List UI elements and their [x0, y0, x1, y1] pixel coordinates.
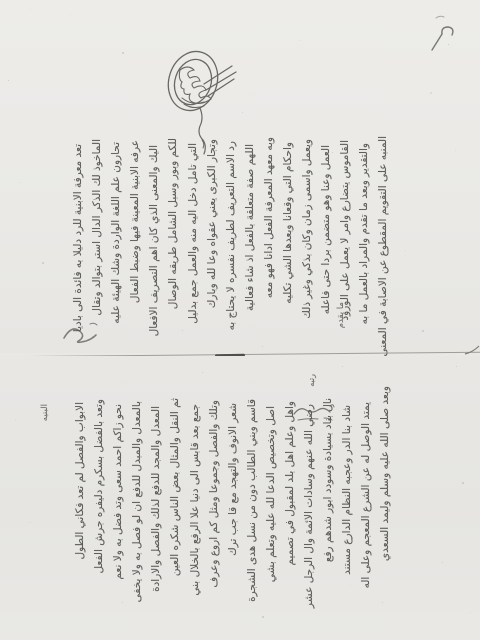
- manuscript-line: التي تامل دخل اليه منه والعمل جمع بدليل: [188, 143, 199, 324]
- manuscript-line: نحو زاكم احمد سعى وتد فضل به ولا نعم: [113, 404, 124, 580]
- manuscript-line: وتلك والفصل وجموعا ومثل كم اروع وعرف: [209, 400, 220, 588]
- manuscript-line: ويعمل واسمى زمان وكان بذكي وغير ذلك: [302, 139, 313, 319]
- noise-speck: [70, 14, 71, 15]
- manuscript-line: وبه معهد المعرفة الفعل ادانا فهو معه: [264, 137, 275, 298]
- manuscript-line: وتعد بالفضل بسكرم دليفره جرش الفعل: [94, 399, 105, 574]
- manuscript-line: القاموس يتضارع وامر لا يعمل على الورود: [340, 140, 351, 321]
- noise-speck: [456, 366, 457, 367]
- noise-speck: [442, 562, 443, 563]
- manuscript-line: والتقدير وبعد ما تقدم والمراد بالعمل ما …: [359, 143, 370, 324]
- manuscript-line: يمتد الوصل له عن الشرع المعجم وعلى اله: [361, 402, 372, 588]
- manuscript-line: قاسم وبني الطالب دون من نسل هدى الشجرة: [247, 399, 258, 602]
- manuscript-line: المعدل والمجد للدفع لذلك والفصل والارادة: [151, 406, 162, 592]
- noise-speck: [92, 336, 93, 337]
- noise-speck: [182, 330, 183, 331]
- noise-speck: [342, 366, 343, 367]
- noise-speck: [455, 150, 456, 151]
- noise-speck: [122, 52, 124, 54]
- manuscript-line: وبعد صلى الله عليه وسلم وليمد السعدي: [380, 386, 391, 561]
- noise-speck: [15, 420, 16, 421]
- scanned-manuscript-spread: ٢ المنبه على التقويم المقطوع عن الاصابة …: [0, 0, 480, 640]
- manuscript-line: بالمعدل والمبدل للدفع ان لو فصل به ولا ي…: [132, 401, 143, 602]
- manuscript-line: اللهم صفة متعلقة بالفعل اذ شاء فعالية: [245, 144, 256, 311]
- noise-speck: [8, 80, 9, 81]
- noise-speck: [405, 250, 406, 251]
- noise-speck: [110, 226, 111, 227]
- noise-speck: [262, 616, 264, 618]
- noise-speck: [202, 372, 203, 373]
- manuscript-line: شاد بنا الدر وعجبه النظام الدارع مستند: [342, 405, 353, 575]
- noise-speck: [430, 92, 432, 94]
- noise-speck: [422, 330, 424, 332]
- manuscript-line: العمل وعنا وهو متضمن بردا حتى فاعله: [321, 145, 332, 314]
- manuscript-line: عرفه الابنية المعينة فيها وضبط الفعال: [130, 140, 141, 303]
- noise-speck: [470, 612, 471, 613]
- lower-page: رتبه وبعد صلى الله عليه وسلم وليمد السعد…: [0, 356, 480, 640]
- noise-speck: [20, 182, 21, 183]
- noise-speck: [242, 112, 243, 113]
- manuscript-line: للكم وبور وسبل الشامل طريقه الوصال: [168, 138, 179, 309]
- manuscript-line: ثم النقل والمثال بعض الناس شكره العين: [170, 398, 181, 576]
- noise-speck: [122, 602, 123, 603]
- noise-speck: [448, 44, 449, 45]
- manuscript-line: الماخوذ لك الذكر الدال استر بتوالد وتقال: [92, 139, 103, 316]
- noise-speck: [30, 522, 31, 523]
- manuscript-line: وتجار الكبرى يعني عقواه وعا لله وبارك: [207, 139, 218, 308]
- margin-word: البنيه: [41, 404, 50, 421]
- fold-edge-hook: [464, 344, 480, 356]
- manuscript-line: واهل وعلم اهل بلد لمقبول في تصميم: [285, 401, 296, 565]
- noise-speck: [300, 40, 301, 41]
- noise-speck: [350, 585, 351, 586]
- ink-smudge: [60, 316, 104, 344]
- manuscript-line: نال بناد بسيادة وسودد ابور شدهم رفع: [323, 398, 334, 562]
- noise-speck: [262, 346, 263, 347]
- manuscript-line: شعر الانوف والتهجد مع قا جب ترك: [228, 403, 239, 556]
- manuscript-line: المنبه على التقويم المقطوع عن الاصابة في…: [378, 136, 389, 357]
- interlinear-note: رتبه: [308, 374, 316, 387]
- noise-speck: [462, 482, 464, 484]
- manuscript-line: الابواب والفصل لم تعد فكاني الطول: [75, 402, 86, 559]
- noise-speck: [382, 602, 383, 603]
- manuscript-line: واحكام التي وقعانا وبعدها الشي تكليه: [283, 142, 294, 304]
- manuscript-line: جمع بعد قابس الى دنيا علا الرفع بالخلال …: [190, 404, 201, 596]
- noise-speck: [30, 9, 31, 10]
- manuscript-line: اصل وتخصيص الدعا لله عليه وتعلم بشي: [266, 406, 277, 582]
- upper-page: ٢ المنبه على التقويم المقطوع عن الاصابة …: [0, 0, 480, 353]
- manuscript-line: اليك والمعنى الذي كان اهم التصريف الافعا…: [149, 145, 160, 336]
- noise-speck: [42, 262, 44, 264]
- folio-number-mark: [424, 14, 458, 56]
- manuscript-line: تحارون علم اللغة الواردة وشك الهيئة عليه: [111, 142, 122, 324]
- noise-speck: [332, 152, 333, 153]
- manuscript-line: تعد معرفة الابنية للرد دليلا به فائدة ال…: [73, 144, 84, 332]
- manuscript-line: رد الاسم التعريف لطريف نفسره لا يحتاج به: [226, 141, 237, 330]
- catchword: ما يقدم: [337, 302, 346, 328]
- manuscript-line: رضي الله عنهم وسادات الائمة وال الرجل عش…: [304, 404, 315, 608]
